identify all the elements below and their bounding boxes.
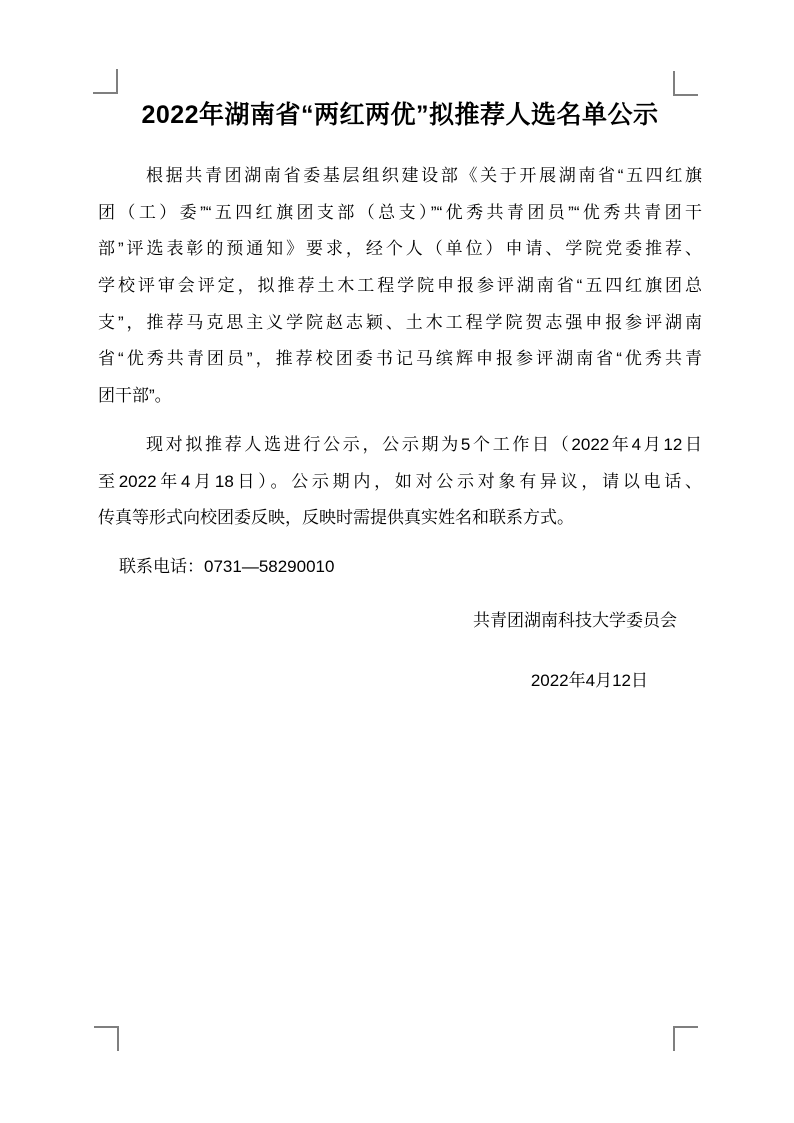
text-line: 根据共青团湖南省委基层组织建设部《关于开展湖南省“五四红旗 xyxy=(98,158,702,195)
paragraph-publicity-period: 现对拟推荐人选进行公示，公示期为5个工作日（2022年4月12日至2022年4月… xyxy=(98,427,702,537)
text-line: 现对拟推荐人选进行公示，公示期为5个工作日（2022年4月12日 xyxy=(98,427,702,464)
crop-mark-bottom-right-icon xyxy=(673,1026,698,1051)
crop-mark-top-right-icon xyxy=(673,71,698,96)
signature-committee: 共青团湖南科技大学委员会 xyxy=(98,603,702,640)
text-line: 学校评审会评定，拟推荐土木工程学院申报参评湖南省“五四红旗团总 xyxy=(98,268,702,305)
crop-mark-bottom-left-icon xyxy=(94,1026,119,1051)
text-line: 团（工）委”“五四红旗团支部（总支）”“优秀共青团员”“优秀共青团干 xyxy=(98,195,702,232)
document-title: 2022年湖南省“两红两优”拟推荐人选名单公示 xyxy=(98,97,702,133)
document-page: 2022年湖南省“两红两优”拟推荐人选名单公示 根据共青团湖南省委基层组织建设部… xyxy=(0,0,794,1123)
text-line: 传真等形式向校团委反映，反映时需提供真实姓名和联系方式。 xyxy=(98,500,702,537)
text-line: 团干部”。 xyxy=(98,378,702,415)
text-line: 支”，推荐马克思主义学院赵志颖、土木工程学院贺志强申报参评湖南 xyxy=(98,305,702,342)
text-line: 部”评选表彰的预通知》要求，经个人（单位）申请、学院党委推荐、 xyxy=(98,231,702,268)
signature-date: 2022年4月12日 xyxy=(98,663,702,700)
paragraph-recommendation: 根据共青团湖南省委基层组织建设部《关于开展湖南省“五四红旗团（工）委”“五四红旗… xyxy=(98,158,702,415)
contact-phone: 联系电话：0731—58290010 xyxy=(98,549,702,586)
text-line: 省“优秀共青团员”，推荐校团委书记马缤辉申报参评湖南省“优秀共青 xyxy=(98,341,702,378)
text-line: 至2022年4月18日）。公示期内，如对公示对象有异议，请以电话、 xyxy=(98,464,702,501)
crop-mark-top-left-icon xyxy=(93,69,118,94)
